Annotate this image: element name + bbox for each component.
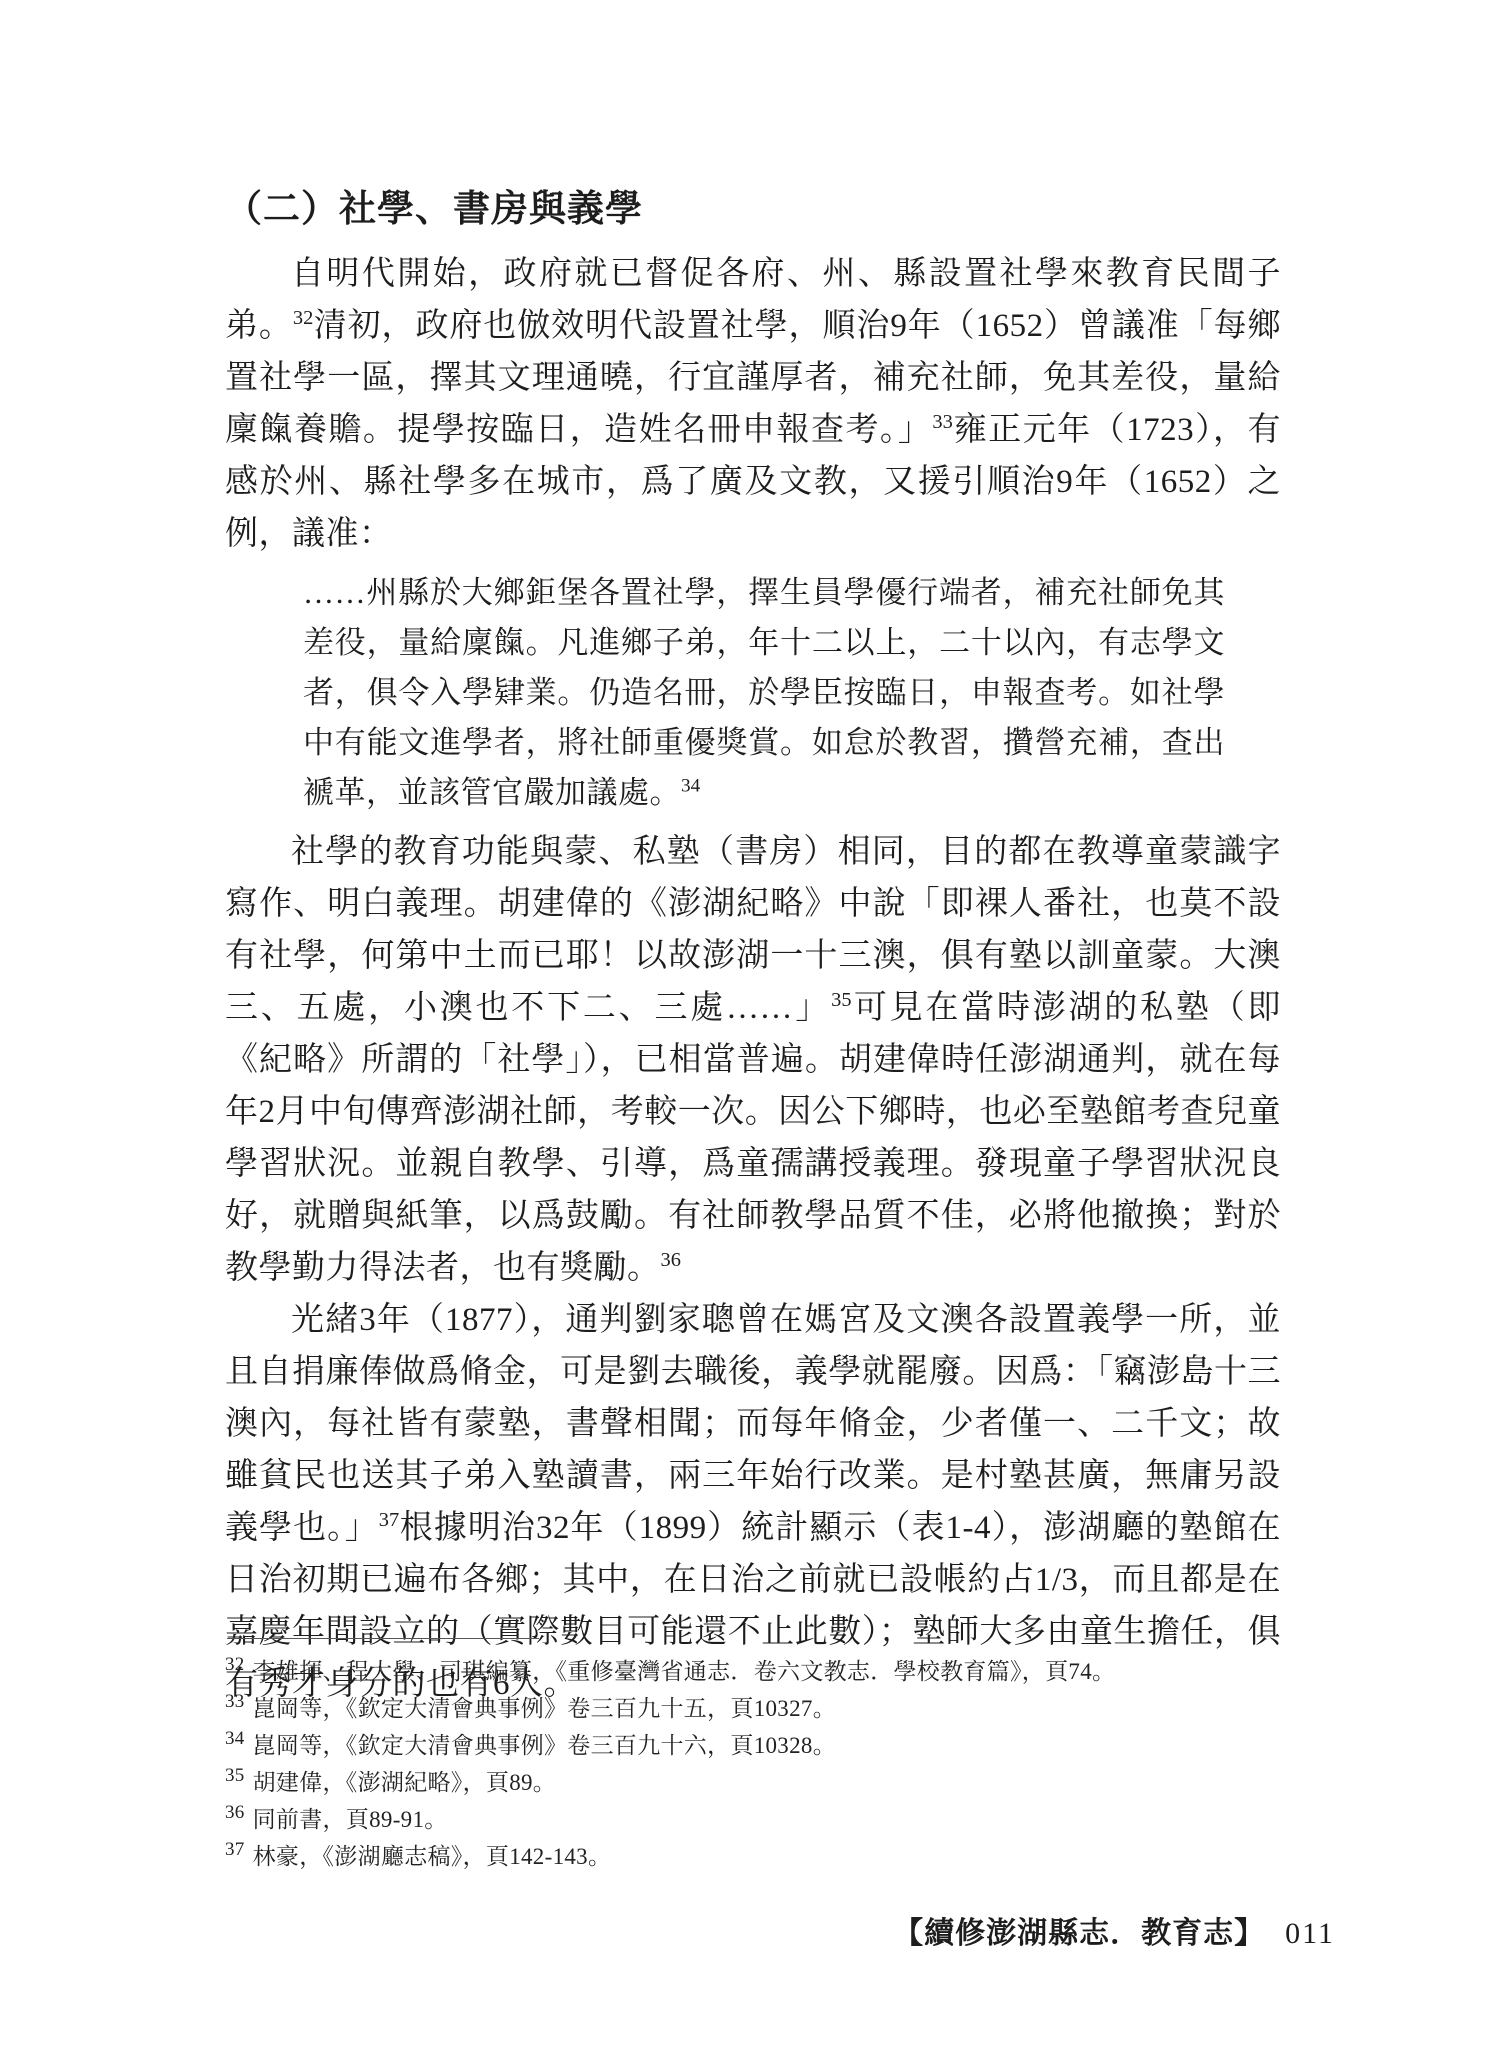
footnote-ref-37: 37	[379, 1509, 399, 1531]
footnote-34: 34崑岡等，《欽定大清會典事例》卷三百九十六，頁10328。	[225, 1727, 1285, 1764]
footnote-number: 35	[225, 1765, 245, 1786]
footnote-text: 崑岡等，《欽定大清會典事例》卷三百九十五，頁10327。	[253, 1696, 836, 1721]
document-page: （二）社學、書房與義學 自明代開始，政府就已督促各府、州、縣設置社學來教育民間子…	[0, 0, 1500, 2052]
footnote-number: 33	[225, 1691, 245, 1712]
paragraph-text: 可見在當時澎湖的私塾（即《紀略》所謂的「社學」），已相當普遍。胡建偉時任澎湖通判…	[225, 990, 1281, 1286]
footer-book-title: 【續修澎湖縣志．教育志】	[893, 1917, 1265, 1950]
footnote-number: 37	[225, 1839, 245, 1860]
page-footer: 【續修澎湖縣志．教育志】011	[893, 1908, 1335, 1952]
quote-text: ……州縣於大鄉鉅堡各置社學，擇生員學優行端者，補充社師免其差役，量給廩餼。凡進鄉…	[303, 575, 1225, 810]
block-quote: ……州縣於大鄉鉅堡各置社學，擇生員學優行端者，補充社師免其差役，量給廩餼。凡進鄉…	[303, 568, 1225, 818]
footnote-32: 32李雄揮、程大學、司琪編纂，《重修臺灣省通志．卷六文教志．學校教育篇》，頁74…	[225, 1653, 1285, 1690]
paragraph-2: 社學的教育功能與蒙、私塾（書房）相同，目的都在教導童蒙識字寫作、明白義理。胡建偉…	[225, 826, 1281, 1294]
footer-page-number: 011	[1285, 1917, 1335, 1950]
footnote-ref-33: 33	[932, 411, 952, 433]
footnote-number: 34	[225, 1728, 245, 1749]
footnote-text: 胡建偉，《澎湖紀略》，頁89。	[253, 1770, 557, 1795]
footnote-text: 林豪，《澎湖廳志稿》，頁142-143。	[253, 1844, 612, 1869]
footnote-text: 李雄揮、程大學、司琪編纂，《重修臺灣省通志．卷六文教志．學校教育篇》，頁74。	[253, 1659, 1116, 1684]
footnote-37: 37林豪，《澎湖廳志稿》，頁142-143。	[225, 1838, 1285, 1875]
paragraph-1: 自明代開始，政府就已督促各府、州、縣設置社學來教育民間子弟。32清初，政府也倣效…	[225, 248, 1281, 560]
footnote-33: 33崑岡等，《欽定大清會典事例》卷三百九十五，頁10327。	[225, 1690, 1285, 1727]
content-area: （二）社學、書房與義學 自明代開始，政府就已督促各府、州、縣設置社學來教育民間子…	[225, 186, 1281, 1710]
footnote-number: 32	[225, 1654, 245, 1675]
footnote-35: 35胡建偉，《澎湖紀略》，頁89。	[225, 1764, 1285, 1801]
footnote-text: 同前書，頁89-91。	[253, 1807, 448, 1832]
footnote-ref-35: 35	[831, 989, 851, 1011]
footnotes-section: 32李雄揮、程大學、司琪編纂，《重修臺灣省通志．卷六文教志．學校教育篇》，頁74…	[225, 1638, 1285, 1875]
footnote-ref-32: 32	[293, 307, 313, 329]
footnote-ref-34: 34	[681, 776, 700, 797]
section-heading: （二）社學、書房與義學	[225, 186, 1281, 234]
footnote-ref-36: 36	[661, 1249, 681, 1271]
footnote-text: 崑岡等，《欽定大清會典事例》卷三百九十六，頁10328。	[253, 1733, 836, 1758]
footnote-number: 36	[225, 1802, 245, 1823]
footnote-36: 36同前書，頁89-91。	[225, 1801, 1285, 1838]
footnotes-separator	[227, 1638, 539, 1639]
